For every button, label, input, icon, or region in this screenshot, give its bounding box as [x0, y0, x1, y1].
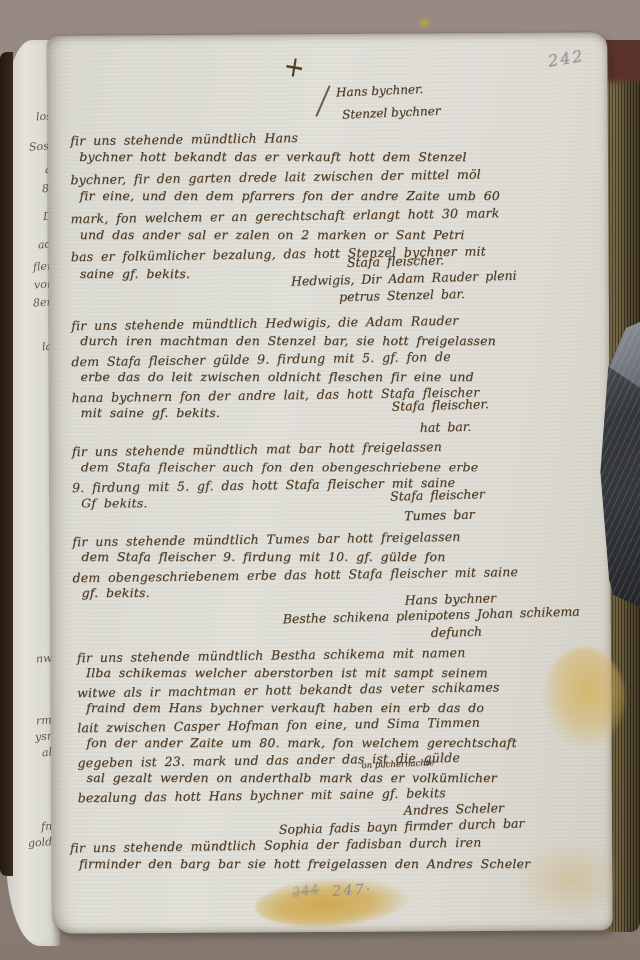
folio-number-pencil: 242 [546, 46, 585, 71]
witness-line: defunch [431, 624, 483, 640]
pencil-foliation-note: 244 247· [292, 880, 372, 899]
witness-line: Stafa fleischer. [347, 252, 445, 270]
witness-line: Besthe schikena plenipotens Johan schike… [283, 604, 580, 627]
entry-header-name: Stenzel bychner [342, 104, 441, 122]
witness-line: Stafa fleischer [390, 486, 485, 503]
stain-speck-top [418, 17, 431, 28]
margin-fragment: ysr [34, 729, 52, 743]
page-content: 242 + Hans bychner. Stenzel bychner fir … [50, 35, 611, 932]
witness-line: Andres Scheler [404, 800, 505, 818]
book-cover-left-edge [0, 52, 13, 876]
entry-header-name: Hans bychner. [336, 82, 424, 99]
margin-fragment: nw [35, 651, 52, 665]
handwriting-line: fir eine, und den dem pfarrers fon der a… [79, 186, 499, 205]
witness-line: petrus Stenzel bar. [339, 286, 465, 304]
handwriting-line: firminder den barg bar sie hott freigela… [79, 855, 530, 874]
pencil-number: 247· [332, 882, 373, 900]
handwriting-line: bychner hott bekandt das er verkauft hot… [79, 148, 499, 167]
manuscript-photo: { "colors": { "background": "#968a82", "… [0, 0, 640, 960]
cross-mark: + [281, 48, 307, 84]
margin-fragment: gold [27, 835, 52, 850]
witness-line: hat bar. [420, 419, 472, 435]
margin-fragment: fn [40, 820, 52, 834]
witness-line: Tumes bar [404, 507, 475, 524]
margin-fragment: rm [36, 713, 53, 727]
record-entry: fir uns stehende mündtlich Sophia der fa… [70, 835, 530, 874]
handwriting-line: fir uns stehende mündtlich Sophia der fa… [70, 833, 531, 858]
struck-numeral: 244 [291, 882, 321, 900]
brace-mark [315, 85, 330, 117]
record-entry: fir uns stehende mündtlich Bestha schike… [77, 645, 517, 805]
witness-line: Hans bychner [404, 590, 496, 607]
witness-line: Stafa fleischer. [391, 396, 489, 414]
